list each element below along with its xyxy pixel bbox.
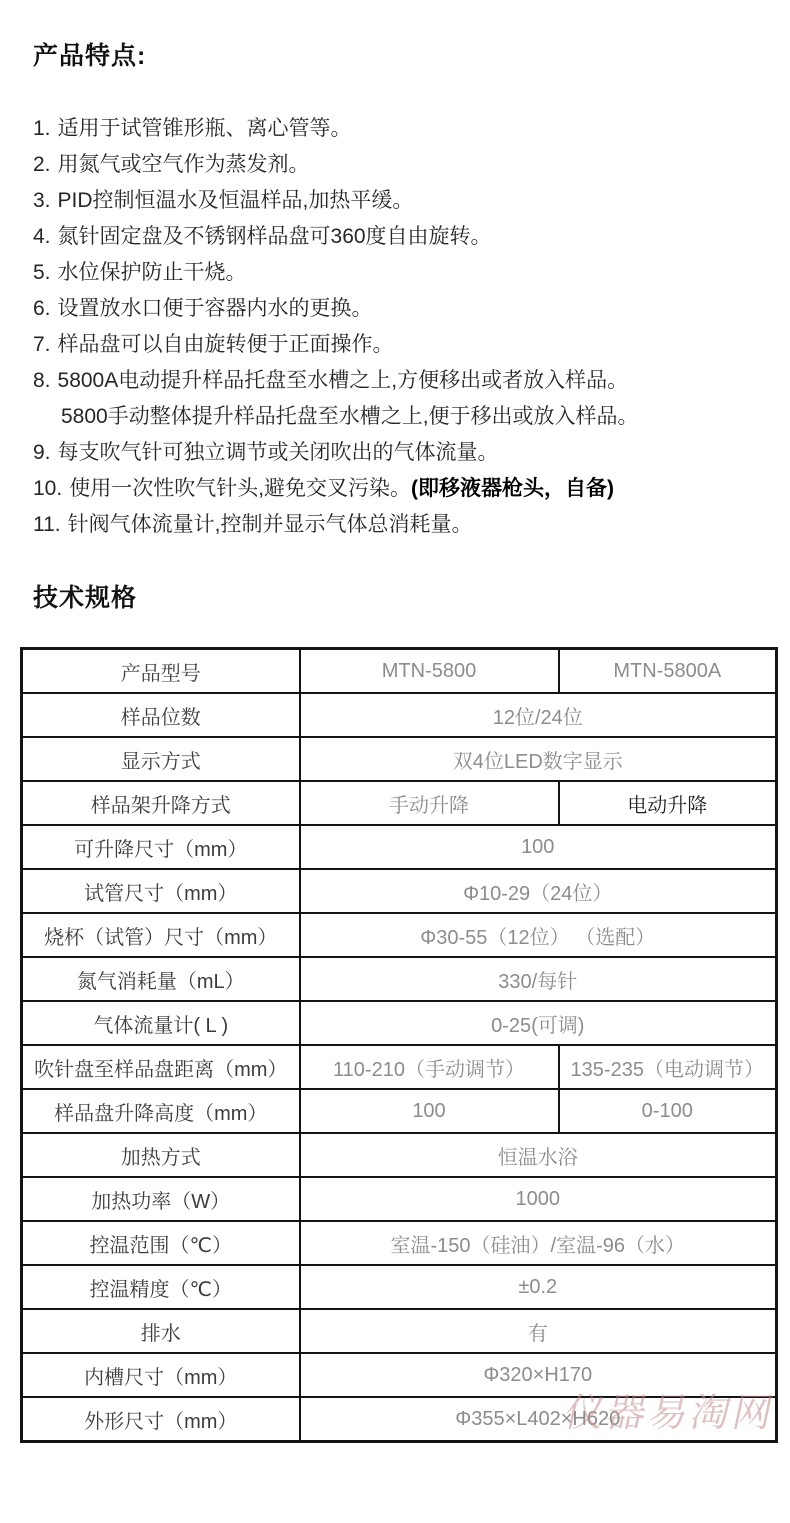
spec-value: 100 — [300, 825, 777, 869]
feature-item-text: 样品盘可以自由旋转便于正面操作。 — [58, 333, 394, 356]
spec-row: 气体流量计( L )0-25(可调) — [22, 1001, 777, 1045]
feature-item: 2.用氮气或空气作为蒸发剂。 — [33, 147, 639, 183]
feature-item: 10.使用一次性吹气针头,避免交叉污染。(即移液器枪头，自备) — [33, 471, 639, 507]
spec-label: 样品架升降方式 — [22, 781, 300, 825]
spec-label: 气体流量计( L ) — [22, 1001, 300, 1045]
feature-item: 7.样品盘可以自由旋转便于正面操作。 — [33, 327, 639, 363]
spec-value: 恒温水浴 — [300, 1133, 777, 1177]
spec-row: 产品型号MTN-5800MTN-5800A — [22, 649, 777, 694]
spec-row: 可升降尺寸（mm）100 — [22, 825, 777, 869]
spec-value: 室温-150（硅油）/室温-96（水） — [300, 1221, 777, 1265]
spec-label: 试管尺寸（mm） — [22, 869, 300, 913]
feature-item-number: 3. — [33, 189, 51, 212]
spec-row: 控温范围（℃）室温-150（硅油）/室温-96（水） — [22, 1221, 777, 1265]
spec-label: 加热功率（W） — [22, 1177, 300, 1221]
spec-label: 内槽尺寸（mm） — [22, 1353, 300, 1397]
feature-item-text: 使用一次性吹气针头,避免交叉污染。 — [69, 477, 411, 500]
spec-label: 样品盘升降高度（mm） — [22, 1089, 300, 1133]
spec-label: 产品型号 — [22, 649, 300, 694]
feature-item: 3.PID控制恒温水及恒温样品,加热平缓。 — [33, 183, 639, 219]
spec-value: 110-210（手动调节） — [300, 1045, 559, 1089]
spec-value: 有 — [300, 1309, 777, 1353]
spec-label: 可升降尺寸（mm） — [22, 825, 300, 869]
feature-item: 11.针阀气体流量计,控制并显示气体总消耗量。 — [33, 507, 639, 543]
spec-row: 内槽尺寸（mm）Φ320×H170 — [22, 1353, 777, 1397]
feature-item-text: PID控制恒温水及恒温样品,加热平缓。 — [58, 189, 414, 212]
spec-label: 控温精度（℃） — [22, 1265, 300, 1309]
spec-row: 吹针盘至样品盘距离（mm）110-210（手动调节）135-235（电动调节） — [22, 1045, 777, 1089]
feature-item-number: 2. — [33, 153, 51, 176]
spec-label: 加热方式 — [22, 1133, 300, 1177]
spec-value: Φ355×L402×H620 — [300, 1397, 777, 1442]
spec-value: 电动升降 — [559, 781, 777, 825]
feature-item-number: 5. — [33, 261, 51, 284]
feature-item-number: 4. — [33, 225, 51, 248]
feature-item-text: 针阀气体流量计,控制并显示气体总消耗量。 — [68, 513, 473, 536]
specs-title: 技术规格 — [33, 578, 137, 614]
spec-value: 0-25(可调) — [300, 1001, 777, 1045]
spec-value: 135-235（电动调节） — [559, 1045, 777, 1089]
spec-label: 烧杯（试管）尺寸（mm） — [22, 913, 300, 957]
spec-value: MTN-5800A — [559, 649, 777, 694]
spec-row: 氮气消耗量（mL）330/每针 — [22, 957, 777, 1001]
feature-item: 1.适用于试管锥形瓶、离心管等。 — [33, 111, 639, 147]
spec-value: 双4位LED数字显示 — [300, 737, 777, 781]
feature-list: 1.适用于试管锥形瓶、离心管等。2.用氮气或空气作为蒸发剂。3.PID控制恒温水… — [33, 111, 639, 543]
spec-label: 吹针盘至样品盘距离（mm） — [22, 1045, 300, 1089]
spec-row: 显示方式双4位LED数字显示 — [22, 737, 777, 781]
page-title: 产品特点: — [33, 36, 146, 72]
spec-label: 样品位数 — [22, 693, 300, 737]
spec-label: 氮气消耗量（mL） — [22, 957, 300, 1001]
feature-item: 8.5800A电动提升样品托盘至水槽之上,方便移出或者放入样品。 — [33, 363, 639, 399]
feature-item: 6.设置放水口便于容器内水的更换。 — [33, 291, 639, 327]
spec-row: 控温精度（℃）±0.2 — [22, 1265, 777, 1309]
feature-item-number: 6. — [33, 297, 51, 320]
feature-item-text: 用氮气或空气作为蒸发剂。 — [58, 153, 310, 176]
feature-item: 5.水位保护防止干烧。 — [33, 255, 639, 291]
spec-label: 显示方式 — [22, 737, 300, 781]
spec-table: 产品型号MTN-5800MTN-5800A样品位数12位/24位显示方式双4位L… — [20, 647, 778, 1443]
spec-value: 12位/24位 — [300, 693, 777, 737]
spec-value: 100 — [300, 1089, 559, 1133]
spec-label: 外形尺寸（mm） — [22, 1397, 300, 1442]
spec-value: 330/每针 — [300, 957, 777, 1001]
feature-item-bold-note: (即移液器枪头，自备) — [411, 477, 614, 500]
feature-item: 9.每支吹气针可独立调节或关闭吹出的气体流量。 — [33, 435, 639, 471]
feature-item-number: 11. — [33, 513, 61, 536]
feature-item-number: 7. — [33, 333, 51, 356]
feature-item-number: 1. — [33, 117, 51, 140]
spec-value: MTN-5800 — [300, 649, 559, 694]
spec-value: 1000 — [300, 1177, 777, 1221]
spec-row: 加热方式恒温水浴 — [22, 1133, 777, 1177]
spec-value: Φ30-55（12位） （选配） — [300, 913, 777, 957]
feature-item-number: 9. — [33, 441, 51, 464]
spec-row: 外形尺寸（mm）Φ355×L402×H620 — [22, 1397, 777, 1442]
spec-row: 烧杯（试管）尺寸（mm）Φ30-55（12位） （选配） — [22, 913, 777, 957]
spec-row: 样品盘升降高度（mm）1000-100 — [22, 1089, 777, 1133]
feature-item: 4.氮针固定盘及不锈钢样品盘可360度自由旋转。 — [33, 219, 639, 255]
feature-item-number: 10. — [33, 477, 62, 500]
spec-label: 控温范围（℃） — [22, 1221, 300, 1265]
feature-item-text: 水位保护防止干烧。 — [58, 261, 247, 284]
spec-value: ±0.2 — [300, 1265, 777, 1309]
feature-item-text: 适用于试管锥形瓶、离心管等。 — [58, 117, 352, 140]
spec-row: 加热功率（W）1000 — [22, 1177, 777, 1221]
spec-row: 试管尺寸（mm）Φ10-29（24位） — [22, 869, 777, 913]
spec-row: 样品位数12位/24位 — [22, 693, 777, 737]
spec-value: 手动升降 — [300, 781, 559, 825]
feature-item-number: 8. — [33, 369, 51, 392]
spec-value: Φ320×H170 — [300, 1353, 777, 1397]
spec-row: 排水有 — [22, 1309, 777, 1353]
feature-item-text: 5800手动整体提升样品托盘至水槽之上,便于移出或放入样品。 — [61, 405, 639, 428]
feature-item-text: 每支吹气针可独立调节或关闭吹出的气体流量。 — [58, 441, 499, 464]
feature-item: 5800手动整体提升样品托盘至水槽之上,便于移出或放入样品。 — [33, 399, 639, 435]
spec-value: 0-100 — [559, 1089, 777, 1133]
spec-row: 样品架升降方式手动升降电动升降 — [22, 781, 777, 825]
feature-item-text: 设置放水口便于容器内水的更换。 — [58, 297, 373, 320]
spec-label: 排水 — [22, 1309, 300, 1353]
spec-value: Φ10-29（24位） — [300, 869, 777, 913]
feature-item-text: 5800A电动提升样品托盘至水槽之上,方便移出或者放入样品。 — [58, 369, 629, 392]
feature-item-text: 氮针固定盘及不锈钢样品盘可360度自由旋转。 — [58, 225, 492, 248]
